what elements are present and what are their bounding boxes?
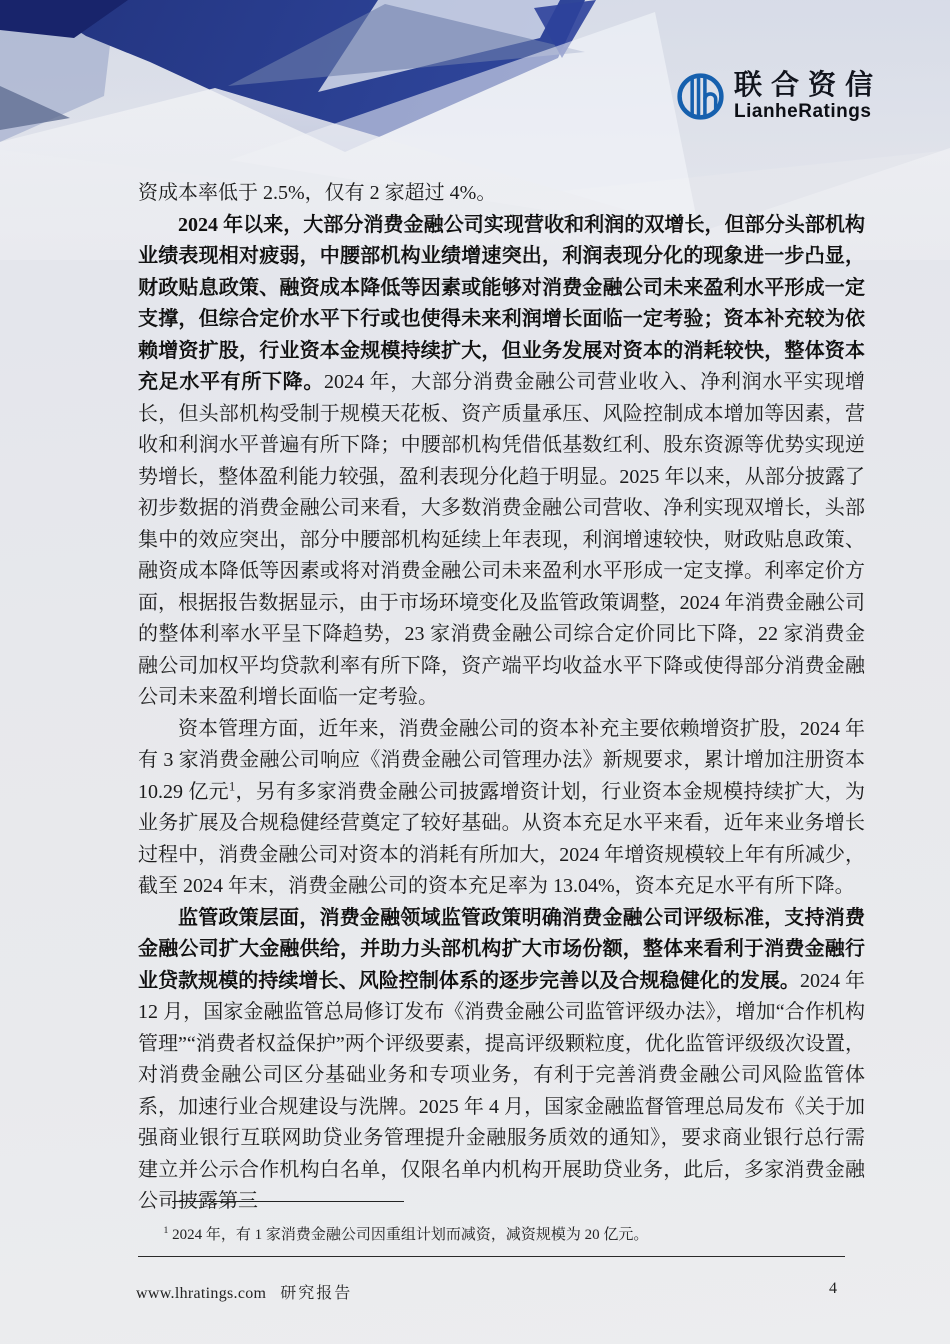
footnote-body: 2024 年，有 1 家消费金融公司因重组计划而减资，减资规模为 20 亿元。 (172, 1227, 648, 1243)
footer-left: www.lhratings.com研究报告 (136, 1280, 352, 1303)
lianhe-monogram-icon (676, 71, 725, 122)
logo-name-cn: 联合资信 (734, 70, 882, 100)
page-number: 4 (820, 1280, 846, 1298)
footer-doc-type: 研究报告 (280, 1285, 352, 1302)
paragraph-regulation-rest: 2024 年 12 月，国家金融监管总局修订发布《消费金融公司监管评级办法》，增… (138, 970, 865, 1213)
footer-website: www.lhratings.com (136, 1285, 266, 1302)
paragraph-performance-rest: 2024 年，大部分消费金融公司营业收入、净利润水平实现增长，但头部机构受制于规… (138, 371, 865, 708)
footnote-marker: 1 (164, 1225, 169, 1236)
paragraph-continuation-text: 资成本率低于 2.5%，仅有 2 家超过 4%。 (138, 182, 496, 204)
paragraph-regulation: 监管政策层面，消费金融领域监管政策明确消费金融公司评级标准，支持消费金融公司扩大… (138, 903, 865, 1218)
paragraph-performance-bold: 2024 年以来，大部分消费金融公司实现营收和利润的双增长，但部分头部机构业绩表… (138, 214, 865, 394)
logo-name-en: LianheRatings (734, 102, 882, 122)
footnote: 1 2024 年，有 1 家消费金融公司因重组计划而减资，减资规模为 20 亿元… (138, 1224, 865, 1247)
paragraph-capital-rest: ，另有多家消费金融公司披露增资计划，行业资本金规模持续扩大，为业务扩展及合规稳健… (138, 781, 865, 898)
lianhe-logo: 联合资信 LianheRatings (676, 70, 882, 122)
logo-text: 联合资信 LianheRatings (734, 70, 882, 122)
report-page: 联合资信 LianheRatings 资成本率低于 2.5%，仅有 2 家超过 … (0, 0, 950, 1344)
paragraph-regulation-bold: 监管政策层面，消费金融领域监管政策明确消费金融公司评级标准，支持消费金融公司扩大… (138, 907, 865, 992)
paragraph-capital: 资本管理方面，近年来，消费金融公司的资本补充主要依赖增资扩股，2024 年有 3… (138, 714, 865, 903)
paragraph-continuation: 资成本率低于 2.5%，仅有 2 家超过 4%。 (138, 178, 865, 210)
footnote-divider (172, 1201, 404, 1202)
report-body: 资成本率低于 2.5%，仅有 2 家超过 4%。 2024 年以来，大部分消费金… (138, 178, 865, 1218)
paragraph-performance: 2024 年以来，大部分消费金融公司实现营收和利润的双增长，但部分头部机构业绩表… (138, 210, 865, 714)
footer-divider (138, 1256, 845, 1257)
